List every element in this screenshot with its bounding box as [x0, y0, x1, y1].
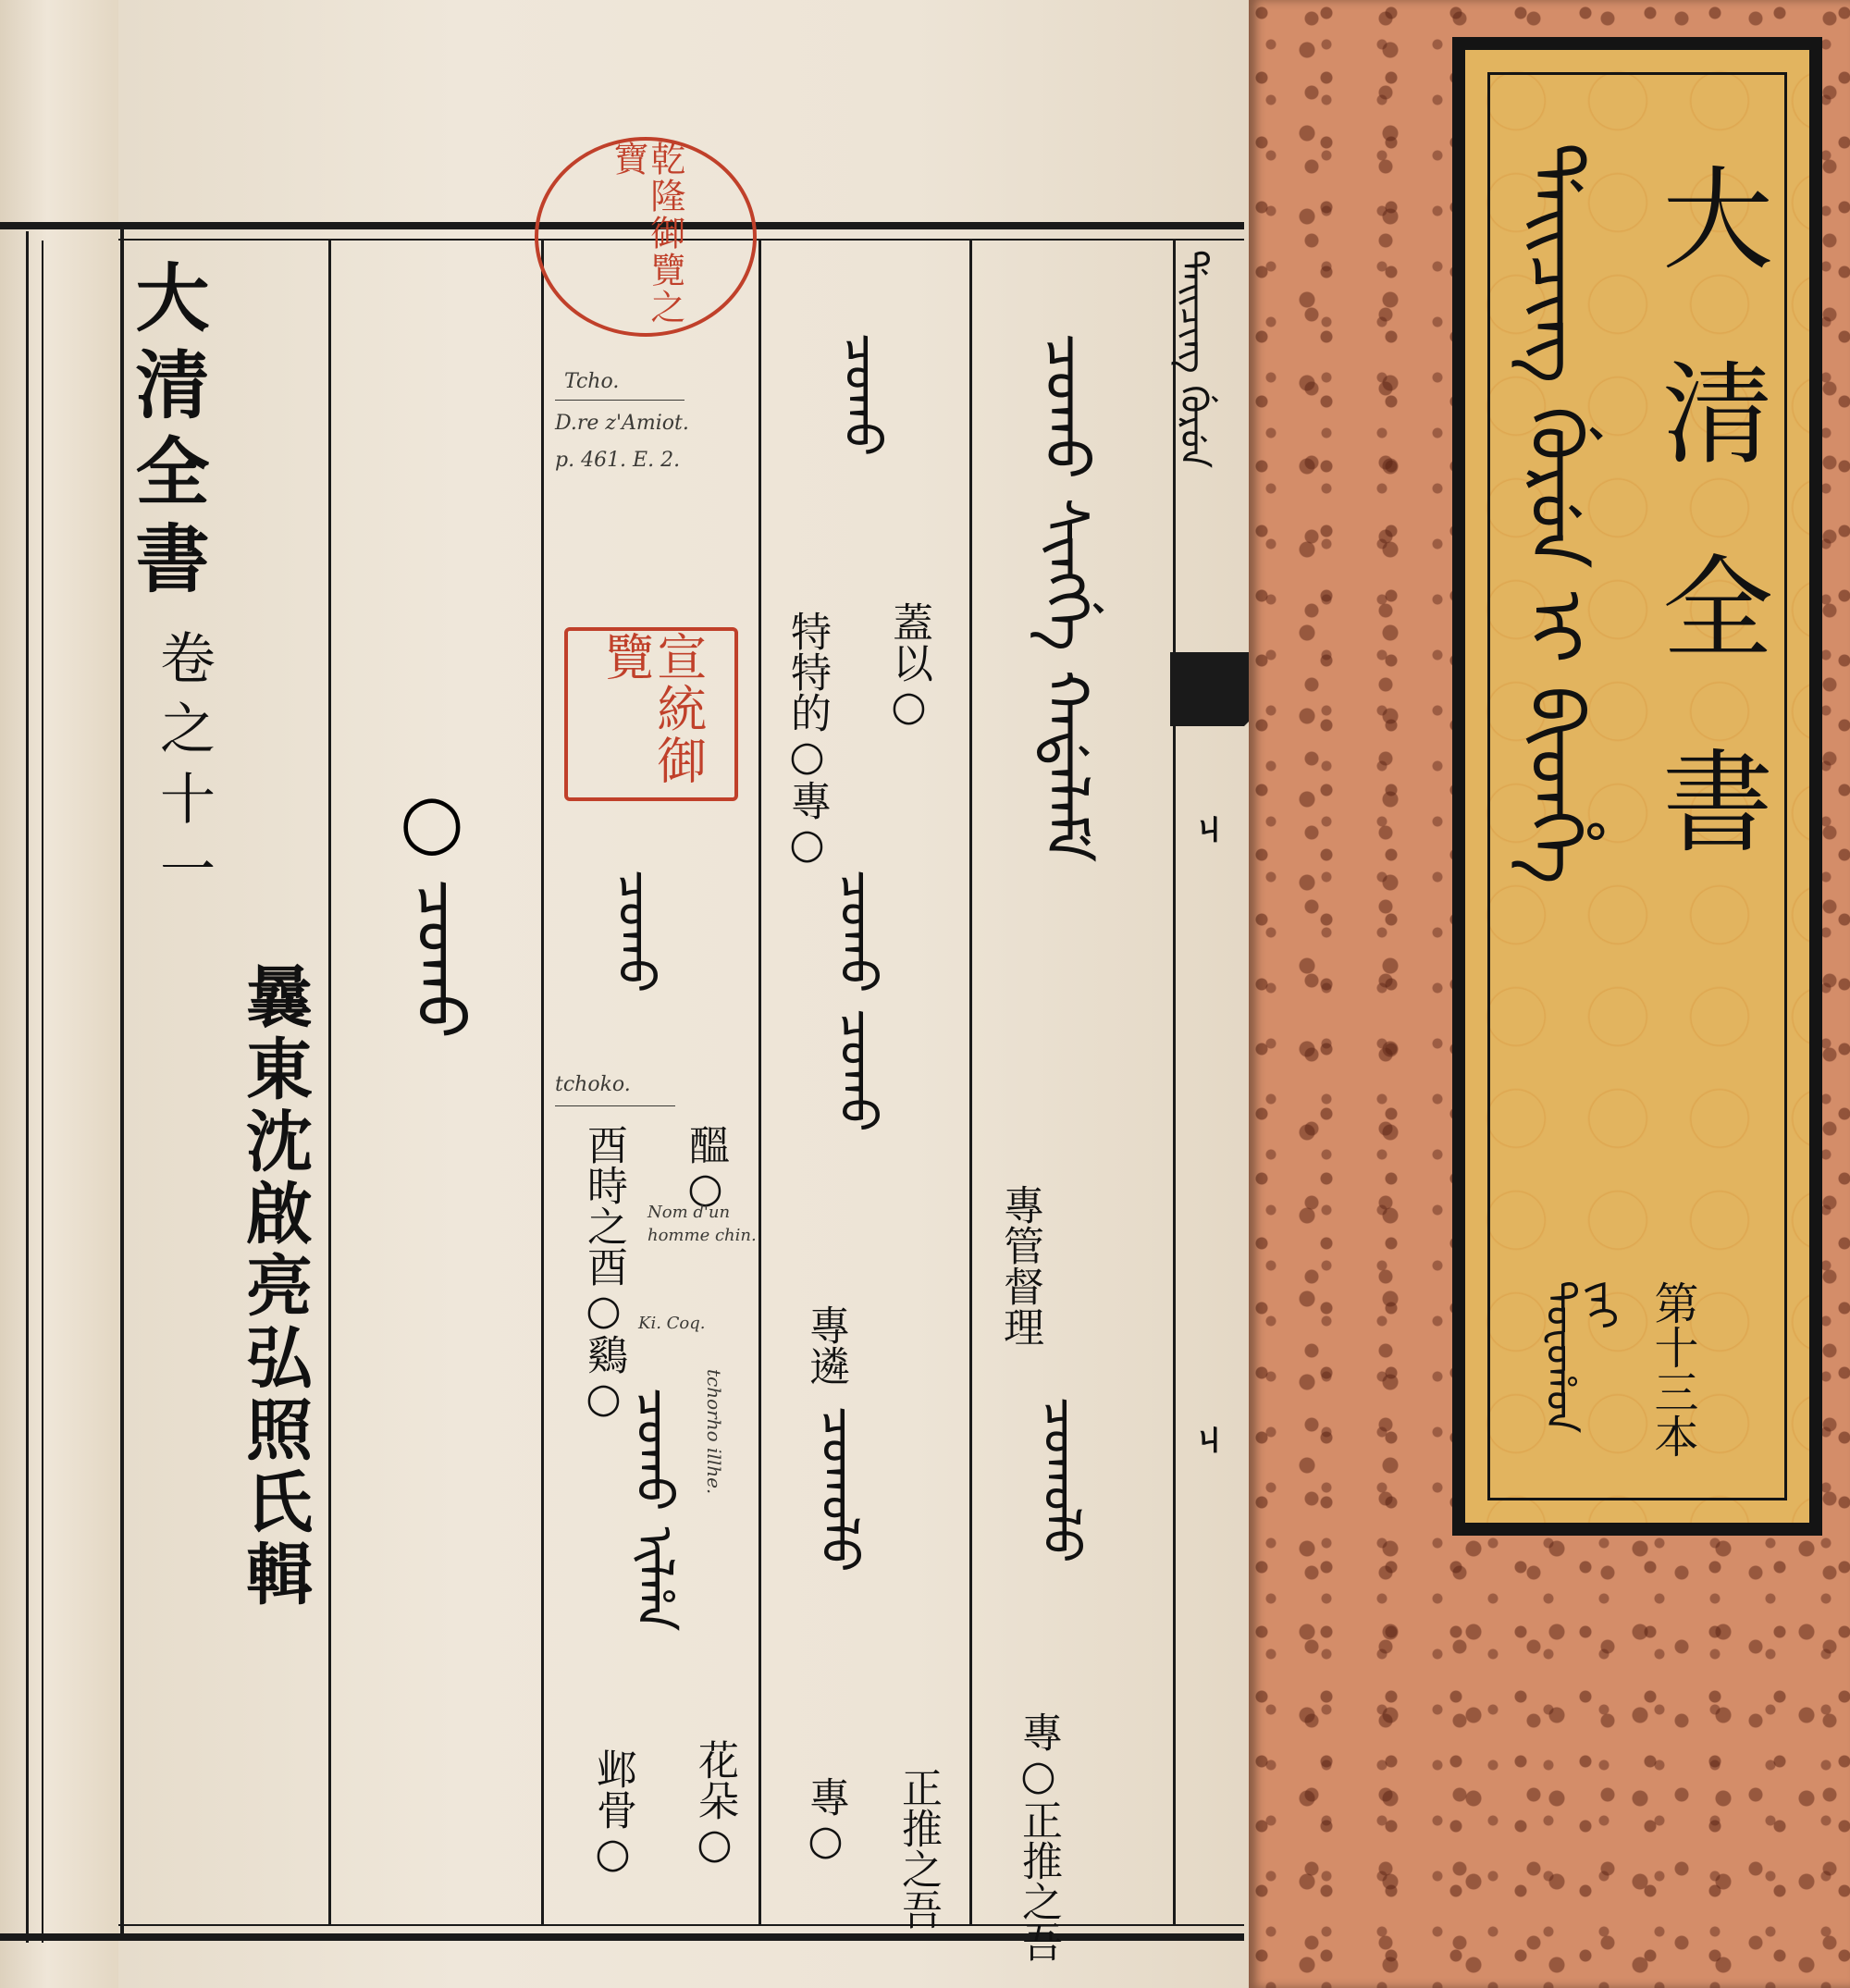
book-title: 大清全書	[129, 259, 203, 607]
circle-mark: ○	[400, 777, 464, 864]
volume-number: 卷之十一	[155, 629, 211, 910]
definition: 醞○	[684, 1124, 725, 1212]
handwritten-note: tchorho illhe.	[703, 1369, 725, 1494]
handwritten-note: Tcho.	[564, 370, 619, 393]
definition: 特特的○專○	[786, 611, 827, 868]
seal-text: 宣統御覽	[598, 631, 703, 797]
manchu-headword: ᠴᠣᡴᠣ ᡳᠯᡥᠠ	[629, 1388, 679, 1721]
square-imperial-seal: 宣統御覽	[564, 627, 738, 801]
manchu-headword: ᠴᠣᡴᠣ	[837, 333, 887, 574]
seal-text: 乾隆御覽之寶	[609, 141, 683, 333]
manchu-page-mark: ᠴ	[1193, 1425, 1232, 1454]
definition: 蓋以○	[888, 601, 929, 730]
handwritten-note: p. 461. E. 2.	[555, 449, 680, 472]
definition: 專○正推之吾	[1017, 1711, 1058, 1962]
handwritten-note: Ki. Coq.	[638, 1314, 706, 1333]
compiler-credit: 曩東沈啟亮弘照氏輯	[240, 962, 307, 1611]
manchu-headword: ᠴᠣᡴᠣ ᠰᡳᠩᡤᡝ ᡴᠠᡩᠠᠯᠠᠮᡝ	[1036, 333, 1095, 1129]
manchu-section-mark: ᠴ	[1193, 814, 1232, 844]
handwritten-note: homme chin.	[647, 1226, 757, 1245]
handwritten-note: D.re z'Amiot.	[555, 412, 689, 435]
definition: 邺骨○	[592, 1748, 633, 1877]
round-imperial-seal: 乾隆御覽之寶	[535, 137, 757, 337]
column-divider	[758, 241, 761, 1924]
column-divider	[328, 241, 331, 1924]
spine-rule	[26, 231, 29, 1943]
spine-rule	[42, 241, 43, 1943]
manchu-headword: ᠴᠣᡴᠣ	[407, 879, 472, 1360]
definition: 花朵○	[694, 1739, 734, 1868]
note-underline	[555, 1105, 675, 1106]
cover-volume: 第十三本	[1650, 1280, 1695, 1458]
handwritten-note: Nom d'un	[647, 1203, 730, 1222]
handwritten-note: tchoko.	[555, 1073, 631, 1096]
manchu-headword: ᠴᠣᡴᠣᠯᠣ	[1036, 1397, 1086, 1702]
book-spine	[0, 0, 118, 1988]
note-underline	[555, 400, 684, 401]
cover-title-label: 大清全書 ᡩᠠᡳᠴᡳᠩ ᡤᡠᡵᡠᠨ ᡳ ᠪᡳᡨᡥᡝ 第十三本 ᠵᠠᡳ ᡨᠣᡶᠣᡥ…	[1452, 37, 1822, 1536]
page-bottom-border-inner	[118, 1924, 1244, 1926]
cover-title: 大清全書	[1652, 161, 1763, 938]
manchu-headword: ᠴᠣᡴᠣᠯᠣ	[814, 1406, 864, 1758]
definition: 正推之吾	[897, 1767, 938, 1930]
manchu-headword: ᠴᠣᡴᠣ ᠴᠣᡴᠣ	[832, 870, 882, 1277]
cover-volume-manchu: ᠵᠠᡳ ᡨᠣᡶᠣᡥᠣᠨ	[1539, 1280, 1621, 1493]
column-divider	[969, 241, 972, 1924]
running-header-manchu: ᡩᠠᡳᠴᡳᠩ ᡤᡠᡵᡠᠨ	[1175, 250, 1212, 620]
cover-title-manchu: ᡩᠠᡳᠴᡳᠩ ᡤᡠᡵᡠᠨ ᡳ ᠪᡳᡨᡥᡝ	[1519, 142, 1591, 1068]
definition: 專遴	[805, 1304, 845, 1386]
definition: 專○	[805, 1776, 845, 1864]
definition: 專管督理	[999, 1184, 1040, 1347]
definition: 酉時之酉○鷄○	[583, 1124, 623, 1422]
column-divider	[541, 241, 544, 1924]
